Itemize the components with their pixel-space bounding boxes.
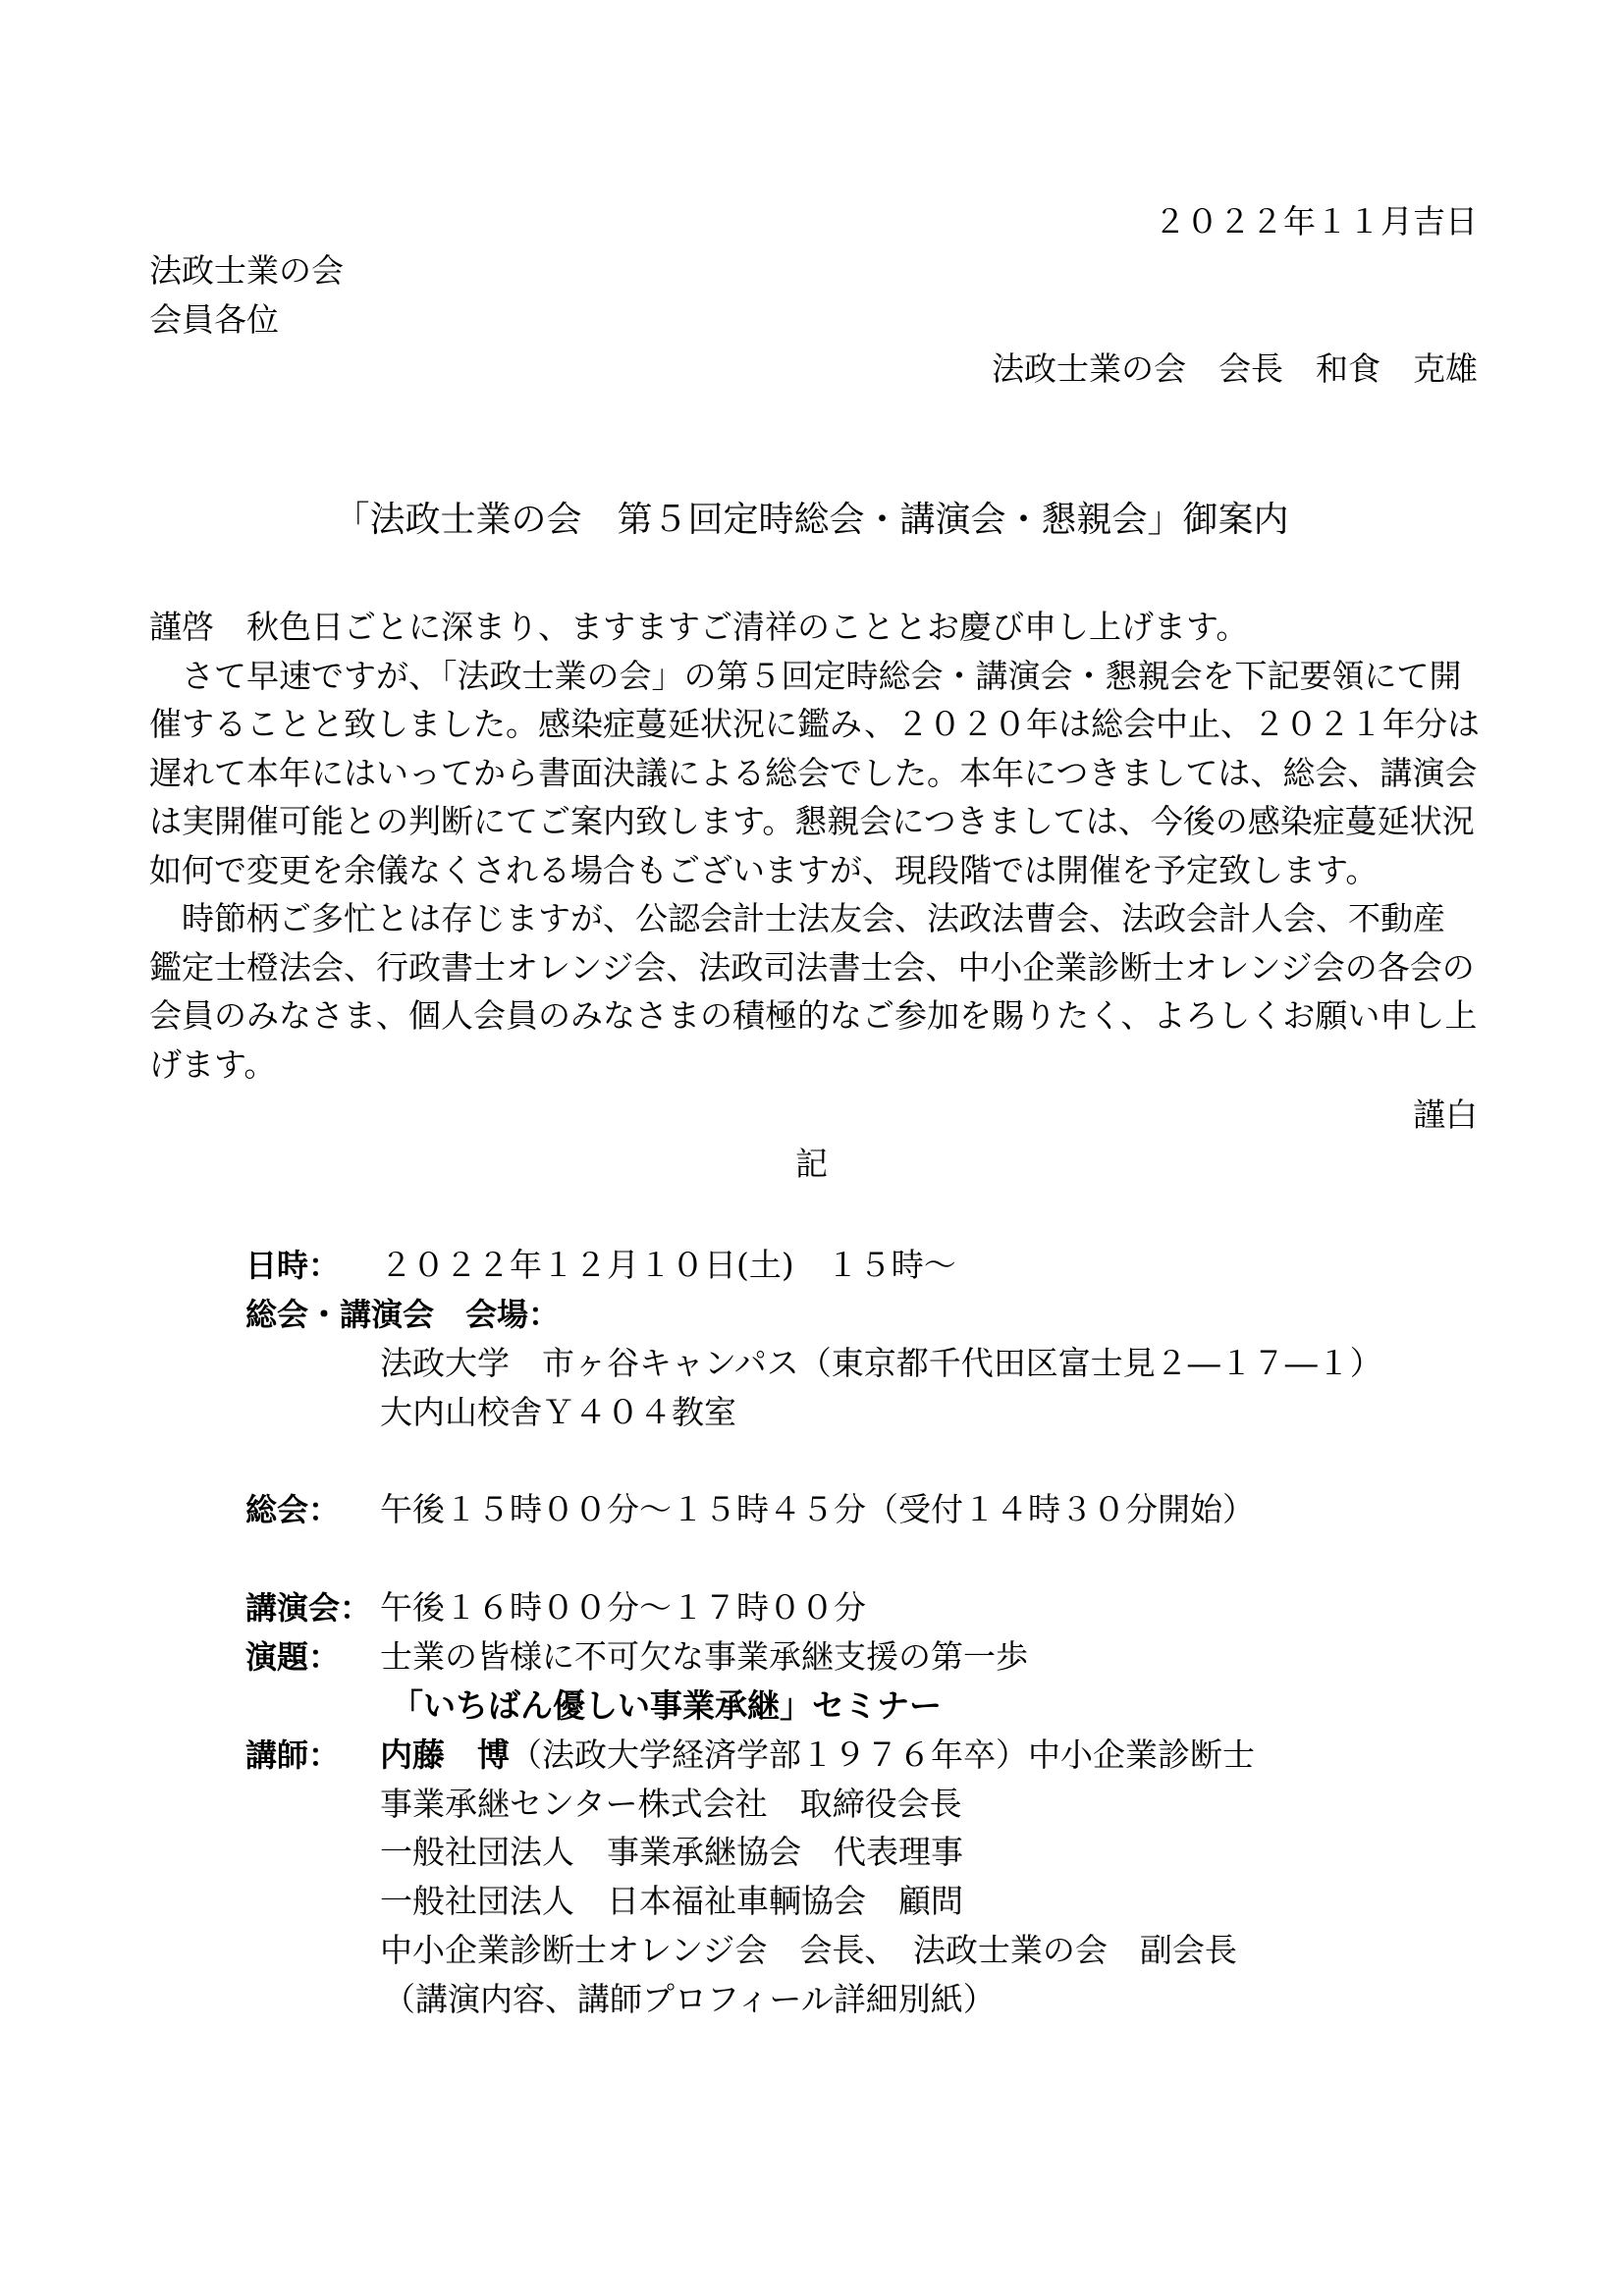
body-line: 鑑定士橙法会、行政書士オレンジ会、法政司法書士会、中小企業診断士オレンジ会の各会…: [149, 948, 1475, 988]
general-meeting-time: 午後１５時００分～１５時４５分（受付１４時３０分開始）: [380, 1490, 1255, 1529]
venue-label: 総会・講演会 会場：: [245, 1295, 560, 1334]
seminar-title: 「いちばん優しい事業承継」セミナー: [391, 1686, 942, 1726]
speaker-title: 中小企業診断士オレンジ会 会長、 法政士業の会 副会長: [380, 1931, 1237, 1970]
speaker-line: 内藤 博（法政大学経済学部１９７６年卒）中小企業診断士: [380, 1735, 1255, 1775]
body-line: は実開催可能との判断にてご案内致します。懇親会につきましては、今後の感染症蔓延状…: [149, 802, 1475, 841]
topic-line-1: 士業の皆様に不可欠な事業承継支援の第一歩: [380, 1637, 1028, 1677]
venue-line-2: 大内山校舎Ｙ４０４教室: [380, 1393, 736, 1432]
speaker-title: 一般社団法人 日本福祉車輌協会 顧問: [380, 1882, 963, 1921]
speaker-title: 事業承継センター株式会社 取締役会長: [380, 1785, 962, 1824]
body-line: 如何で変更を余儀なくされる場合もございますが、現段階では開催を予定致します。: [149, 851, 1378, 890]
datetime-label: 日時：: [245, 1246, 340, 1285]
speaker-name: 内藤 博: [380, 1735, 510, 1774]
document-title: 「法政士業の会 第５回定時総会・講演会・懇親会」御案内: [0, 499, 1623, 542]
body-line: 時節柄ご多忙とは存じますが、公認会計士法友会、法政法曹会、法政会計人会、不動産: [149, 899, 1445, 938]
venue-line-1: 法政大学 市ヶ谷キャンパス（東京都千代田区富士見２―１７―１）: [380, 1344, 1382, 1383]
ki-heading: 記: [0, 1145, 1623, 1184]
body-line: 遅れて本年にはいってから書面決議による総会でした。本年につきましては、総会、講演…: [149, 754, 1477, 793]
body-line: げます。: [149, 1045, 276, 1085]
recipient-organization: 法政士業の会: [149, 251, 344, 291]
recipient: 会員各位: [149, 300, 279, 340]
speaker-name-detail: （法政大学経済学部１９７６年卒）中小企業診断士: [510, 1735, 1255, 1774]
lecture-label: 講演会：: [245, 1588, 371, 1628]
sender: 法政士業の会 会長 和食 克雄: [992, 349, 1478, 389]
datetime-value: ２０２２年１２月１０日(土) １５時～: [380, 1246, 956, 1285]
general-meeting-label: 総会：: [245, 1490, 340, 1529]
body-line: さて早速ですが、「法政士業の会」の第５回定時総会・講演会・懇親会を下記要領にて開: [149, 657, 1462, 696]
speaker-note: （講演内容、講師プロフィール詳細別紙）: [383, 1980, 996, 2019]
speaker-label: 講師：: [245, 1735, 340, 1775]
lecture-time: 午後１６時００分～１７時００分: [380, 1588, 866, 1628]
body-line: 会員のみなさま、個人会員のみなさまの積極的なご参加を賜りたく、よろしくお願い申し…: [149, 996, 1477, 1036]
body-line: 謹啓 秋色日ごとに深まり、ますますご清祥のこととお慶び申し上げます。: [149, 608, 1248, 647]
document-date: ２０２２年１１月吉日: [1154, 202, 1478, 241]
topic-label: 演題：: [245, 1637, 340, 1677]
speaker-title: 一般社団法人 事業承継協会 代表理事: [380, 1833, 963, 1872]
closing-salutation: 謹白: [1413, 1095, 1478, 1135]
body-line: 催することと致しました。感染症蔓延状況に鑑み、２０２０年は総会中止、２０２１年分…: [149, 705, 1480, 744]
